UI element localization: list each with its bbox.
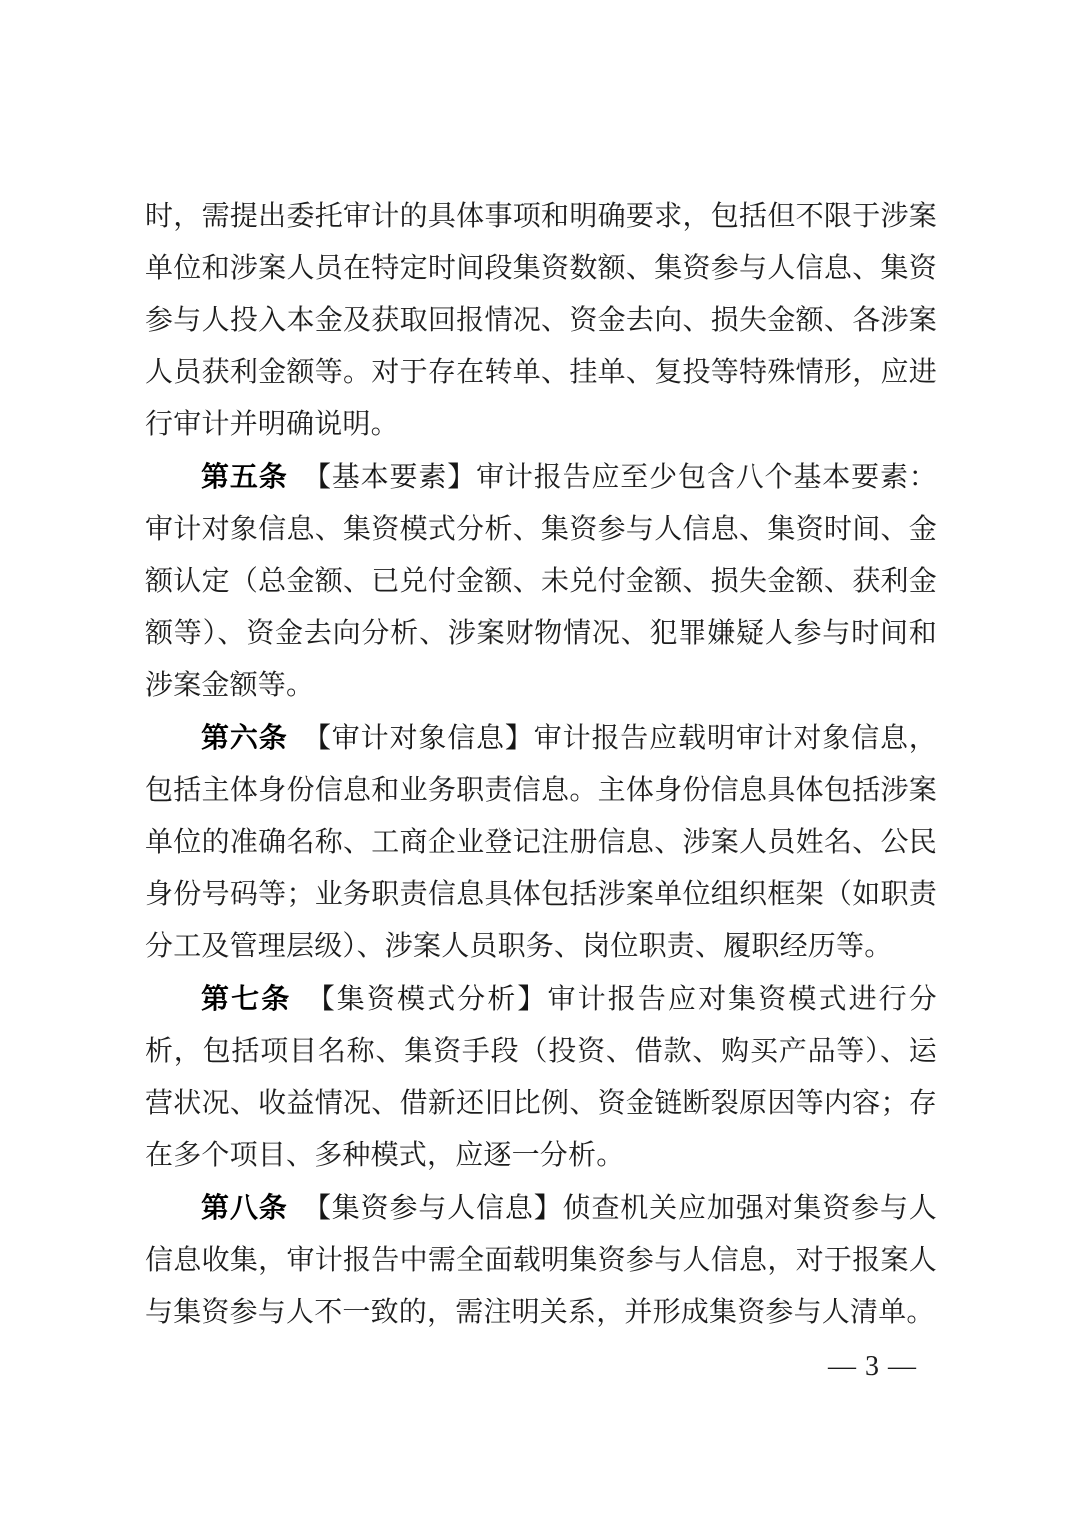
article-title: 【基本要素】 (303, 462, 476, 493)
page-number: — 3 — (828, 1350, 917, 1384)
paragraph-text: 审计报告应至少包含八个基本要素：审计对象信息、集资模式分析、集资参与人信息、集资… (145, 462, 937, 701)
document-text-block: 时，需提出委托审计的具体事项和明确要求，包括但不限于涉案单位和涉案人员在特定时间… (145, 191, 937, 1339)
article-number: 第八条 (201, 1192, 288, 1223)
document-page: 时，需提出委托审计的具体事项和明确要求，包括但不限于涉案单位和涉案人员在特定时间… (0, 0, 1074, 1520)
article-number: 第六条 (201, 722, 288, 753)
article-number: 第七条 (201, 983, 291, 1014)
article-title: 【集资参与人信息】 (303, 1193, 563, 1224)
paragraph-article-7: 第七条【集资模式分析】审计报告应对集资模式进行分析，包括项目名称、集资手段（投资… (145, 973, 937, 1182)
paragraph: 时，需提出委托审计的具体事项和明确要求，包括但不限于涉案单位和涉案人员在特定时间… (145, 191, 937, 451)
article-title: 【审计对象信息】 (303, 723, 534, 754)
article-title: 【集资模式分析】 (307, 984, 548, 1015)
paragraph-text: 审计报告应载明审计对象信息，包括主体身份信息和业务职责信息。主体身份信息具体包括… (145, 723, 937, 962)
paragraph-article-5: 第五条【基本要素】审计报告应至少包含八个基本要素：审计对象信息、集资模式分析、集… (145, 451, 937, 712)
article-number: 第五条 (201, 461, 288, 492)
paragraph-text: 时，需提出委托审计的具体事项和明确要求，包括但不限于涉案单位和涉案人员在特定时间… (145, 201, 937, 440)
paragraph-article-8: 第八条【集资参与人信息】侦查机关应加强对集资参与人信息收集，审计报告中需全面载明… (145, 1182, 937, 1339)
paragraph-article-6: 第六条【审计对象信息】审计报告应载明审计对象信息，包括主体身份信息和业务职责信息… (145, 712, 937, 973)
